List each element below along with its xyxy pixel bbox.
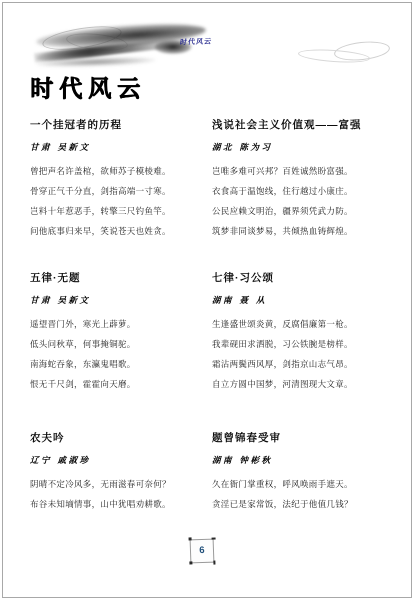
poem-author: 甘肃 吴新文 bbox=[30, 141, 206, 153]
scroll-corner-mark bbox=[213, 561, 215, 565]
verse-line: 我辈砚田求洒脱，习公铁腕是榜样。 bbox=[212, 334, 388, 354]
poem-lines: 久在衙门掌重权，呼风唤雨手遮天。 贪淫已是家常饭，法纪于他值几钱？ bbox=[212, 474, 388, 514]
verse-line: 岂唯多难可兴邦？百姓诚然盼富强。 bbox=[212, 161, 388, 181]
verse-line: 南海蛇吞象，东瀛鬼唱歌。 bbox=[30, 354, 206, 374]
verse-line: 曾把声名许盖棺，欲师苏子模棱难。 bbox=[30, 161, 206, 181]
poem-block: 题曾锦春受审 湖南 钟彬秋 久在衙门掌重权，呼风唤雨手遮天。 贪淫已是家常饭，法… bbox=[212, 430, 388, 514]
poem-title: 浅说社会主义价值观——富强 bbox=[212, 117, 388, 132]
verse-line: 骨穿正气千分直，剑指高端一寸寒。 bbox=[30, 181, 206, 201]
verse-line: 低头问秋草，何事掩铜驼。 bbox=[30, 334, 206, 354]
verse-line: 布谷未知墒情事，山中犹唱劝耕歌。 bbox=[30, 494, 206, 514]
page-number: 6 bbox=[191, 540, 214, 563]
verse-line: 贪淫已是家常饭，法纪于他值几钱？ bbox=[212, 494, 388, 514]
poem-title: 题曾锦春受审 bbox=[212, 430, 388, 445]
scroll-corner-mark bbox=[212, 538, 216, 540]
poem-author: 甘肃 吴新文 bbox=[30, 294, 206, 306]
verse-line: 问他底事归来早，笑说苍天也姓贪。 bbox=[30, 221, 206, 241]
poem-lines: 曾把声名许盖棺，欲师苏子模棱难。 骨穿正气千分直，剑指高端一寸寒。 岂料十年惹恶… bbox=[30, 161, 206, 241]
poem-author: 辽宁 戚淑珍 bbox=[30, 454, 206, 466]
poem-block: 一个挂冠者的历程 甘肃 吴新文 曾把声名许盖棺，欲师苏子模棱难。 骨穿正气千分直… bbox=[30, 117, 206, 241]
verse-line: 自立方圆中国梦，河清图现大文章。 bbox=[212, 374, 388, 394]
poem-lines: 阴晴不定冷风多，无雨滋春可奈何？ 布谷未知墒情事，山中犹唱劝耕歌。 bbox=[30, 474, 206, 514]
poem-block: 五律·无题 甘肃 吴新文 遥望晋门外，寒光上薜萝。 低头问秋草，何事掩铜驼。 南… bbox=[30, 270, 206, 394]
poem-block: 浅说社会主义价值观——富强 湖北 陈为习 岂唯多难可兴邦？百姓诚然盼富强。 衣食… bbox=[212, 117, 388, 241]
poem-lines: 岂唯多难可兴邦？百姓诚然盼富强。 衣食高于温饱线，住行越过小康庄。 公民应赖文明… bbox=[212, 161, 388, 241]
poem-lines: 遥望晋门外，寒光上薜萝。 低头问秋草，何事掩铜驼。 南海蛇吞象，东瀛鬼唱歌。 恨… bbox=[30, 314, 206, 394]
poem-lines: 生逢盛世颂炎黄，反腐倡廉第一枪。 我辈砚田求洒脱，习公铁腕是榜样。 霜沾两鬓西风… bbox=[212, 314, 388, 394]
page-number-scroll: 6 bbox=[190, 539, 215, 564]
poem-author: 湖北 陈为习 bbox=[212, 141, 388, 153]
scroll-corner-mark bbox=[189, 561, 192, 564]
verse-line: 恨无千尺剑，霍霍向天磨。 bbox=[30, 374, 206, 394]
verse-line: 筑梦非同谈梦易，共倾热血铸辉煌。 bbox=[212, 221, 388, 241]
poem-title: 一个挂冠者的历程 bbox=[30, 117, 206, 132]
verse-line: 霜沾两鬓西风厚，剑指京山志气昂。 bbox=[212, 354, 388, 374]
section-title: 时代风云 bbox=[30, 70, 146, 103]
verse-line: 生逢盛世颂炎黄，反腐倡廉第一枪。 bbox=[212, 314, 388, 334]
poem-title: 五律·无题 bbox=[30, 270, 206, 285]
verse-line: 遥望晋门外，寒光上薜萝。 bbox=[30, 314, 206, 334]
verse-line: 衣食高于温饱线，住行越过小康庄。 bbox=[212, 181, 388, 201]
journal-page: 时代风云 时代风云 一个挂冠者的历程 甘肃 吴新文 曾把声名许盖棺，欲师苏子模棱… bbox=[0, 0, 414, 600]
ink-wash-art: 时代风云 bbox=[36, 26, 382, 64]
verse-line: 岂料十年惹恶手，转擎三尺钓鱼竿。 bbox=[30, 201, 206, 221]
verse-line: 久在衙门掌重权，呼风唤雨手遮天。 bbox=[212, 474, 388, 494]
poem-block: 七律·习公颂 湖南 聂 从 生逢盛世颂炎黄，反腐倡廉第一枪。 我辈砚田求洒脱，习… bbox=[212, 270, 388, 394]
poem-author: 湖南 钟彬秋 bbox=[212, 454, 388, 466]
poem-author: 湖南 聂 从 bbox=[212, 294, 388, 306]
poem-title: 七律·习公颂 bbox=[212, 270, 388, 285]
scroll-corner-mark bbox=[189, 537, 192, 540]
verse-line: 公民应赖文明治，疆界须凭武力防。 bbox=[212, 201, 388, 221]
header-small-title: 时代风云 bbox=[179, 36, 213, 47]
poem-block: 农夫吟 辽宁 戚淑珍 阴晴不定冷风多，无雨滋春可奈何？ 布谷未知墒情事，山中犹唱… bbox=[30, 430, 206, 514]
verse-line: 阴晴不定冷风多，无雨滋春可奈何？ bbox=[30, 474, 206, 494]
poem-title: 农夫吟 bbox=[30, 430, 206, 445]
